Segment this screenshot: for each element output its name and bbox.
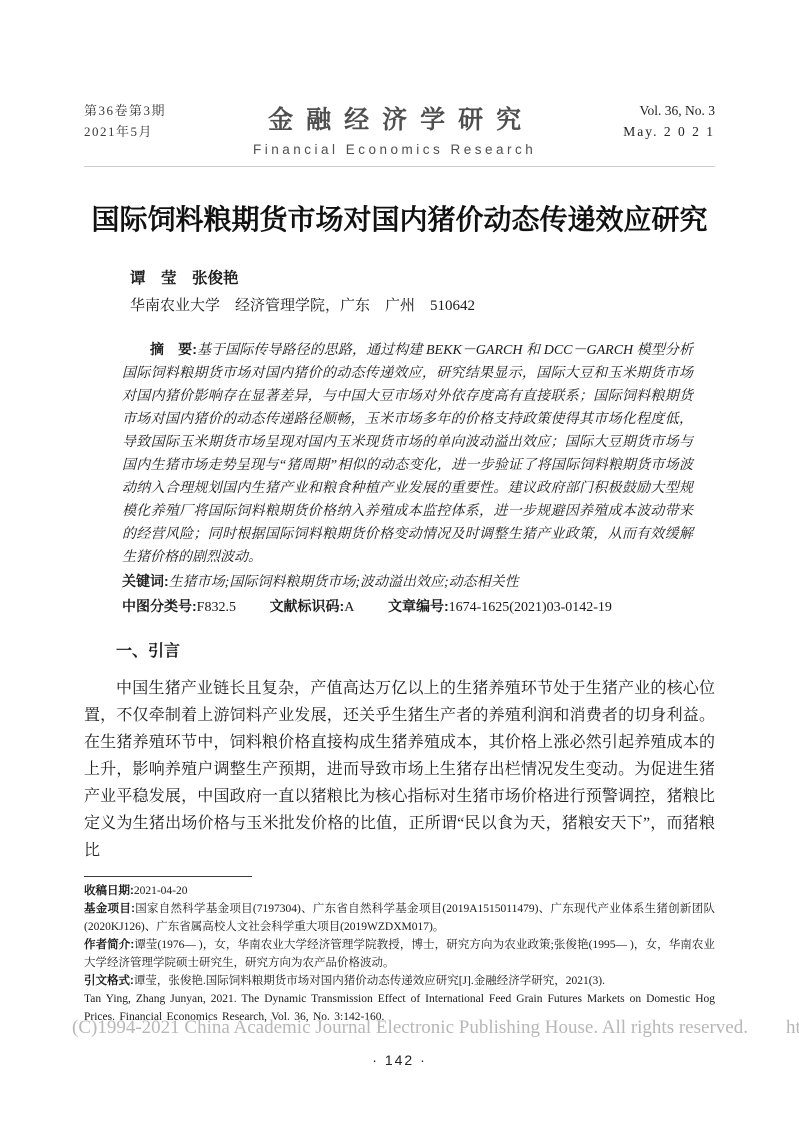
article-id-value: 1674-1625(2021)03-0142-19 bbox=[449, 600, 612, 615]
keywords-line: 关键词:生猪市场;国际饲料粮期货市场;波动溢出效应;动态相关性 bbox=[122, 570, 693, 594]
classification-line: 中图分类号:F832.5文献标识码:A文章编号:1674-1625(2021)0… bbox=[122, 595, 693, 619]
section-heading-introduction: 一、引言 bbox=[84, 641, 715, 663]
journal-title-cn: 金融经济学研究 bbox=[166, 100, 623, 136]
clc-value: F832.5 bbox=[197, 600, 236, 615]
volume-issue-cn: 第36卷第3期 bbox=[84, 100, 166, 121]
date-en: May. 2 0 2 1 bbox=[623, 121, 715, 142]
received-date-line: 收稿日期:2021-04-20 bbox=[84, 882, 715, 900]
paper-title: 国际饲料粮期货市场对国内猪价动态传递效应研究 bbox=[84, 201, 715, 239]
doc-code-item: 文献标识码:A bbox=[270, 600, 355, 615]
author-bio-line: 作者简介:谭莹(1976— )，女，华南农业大学经济管理学院教授，博士，研究方向… bbox=[84, 936, 715, 972]
article-id-item: 文章编号:1674-1625(2021)03-0142-19 bbox=[388, 600, 612, 615]
header-left-block: 第36卷第3期 2021年5月 bbox=[84, 100, 166, 142]
funding-line: 基金项目:国家自然科学基金项目(7197304)、广东省自然科学基金项目(201… bbox=[84, 900, 715, 936]
citation-label: 引文格式: bbox=[84, 975, 134, 987]
doc-code-label: 文献标识码: bbox=[270, 598, 345, 614]
footnote-divider bbox=[84, 876, 252, 877]
received-date-value: 2021-04-20 bbox=[134, 885, 188, 897]
funding-text: 国家自然科学基金项目(7197304)、广东省自然科学基金项目(2019A151… bbox=[84, 903, 715, 933]
funding-label: 基金项目: bbox=[84, 903, 135, 915]
authors: 谭 莹 张俊艳 bbox=[130, 269, 715, 289]
intro-paragraph: 中国生猪产业链长且复杂，产值高达万亿以上的生猪养殖环节处于生猪产业的核心位置，不… bbox=[84, 675, 715, 864]
header-right-block: Vol. 36, No. 3 May. 2 0 2 1 bbox=[623, 100, 715, 142]
keywords-label: 关键词: bbox=[122, 573, 169, 589]
copyright-watermark: (C)1994-2021 China Academic Journal Elec… bbox=[72, 1012, 799, 1039]
doc-code-value: A bbox=[344, 600, 354, 615]
abstract-label: 摘 要: bbox=[150, 341, 197, 357]
journal-header: 第36卷第3期 2021年5月 金融经济学研究 Financial Econom… bbox=[84, 100, 715, 167]
affiliation: 华南农业大学 经济管理学院，广东 广州 510642 bbox=[130, 296, 715, 316]
page-number: · 142 · bbox=[0, 1052, 799, 1068]
journal-title-en: Financial Economics Research bbox=[166, 142, 623, 157]
page-content: 第36卷第3期 2021年5月 金融经济学研究 Financial Econom… bbox=[0, 0, 799, 1026]
author-bio-text: 谭莹(1976— )，女，华南农业大学经济管理学院教授，博士，研究方向为农业政策… bbox=[84, 939, 715, 969]
header-center-block: 金融经济学研究 Financial Economics Research bbox=[166, 100, 623, 157]
footnotes-block: 收稿日期:2021-04-20 基金项目:国家自然科学基金项目(7197304)… bbox=[84, 882, 715, 1026]
clc-label: 中图分类号: bbox=[122, 598, 197, 614]
abstract-paragraph: 摘 要:基于国际传导路径的思路，通过构建 BEKK－GARCH 和 DCC－GA… bbox=[122, 338, 693, 569]
journal-page: 第36卷第3期 2021年5月 金融经济学研究 Financial Econom… bbox=[0, 0, 799, 1123]
article-id-label: 文章编号: bbox=[388, 598, 449, 614]
keywords-text: 生猪市场;国际饲料粮期货市场;波动溢出效应;动态相关性 bbox=[169, 575, 519, 590]
abstract-block: 摘 要:基于国际传导路径的思路，通过构建 BEKK－GARCH 和 DCC－GA… bbox=[122, 338, 693, 619]
citation-cn-text: 谭莹，张俊艳.国际饲料粮期货市场对国内猪价动态传递效应研究[J].金融经济学研究… bbox=[134, 975, 605, 987]
volume-issue-en: Vol. 36, No. 3 bbox=[623, 100, 715, 121]
abstract-text: 基于国际传导路径的思路，通过构建 BEKK－GARCH 和 DCC－GARCH … bbox=[122, 343, 693, 565]
clc-item: 中图分类号:F832.5 bbox=[122, 600, 236, 615]
citation-cn-line: 引文格式:谭莹，张俊艳.国际饲料粮期货市场对国内猪价动态传递效应研究[J].金融… bbox=[84, 972, 715, 990]
author-bio-label: 作者简介: bbox=[84, 939, 134, 951]
received-date-label: 收稿日期: bbox=[84, 885, 134, 897]
date-cn: 2021年5月 bbox=[84, 121, 166, 142]
